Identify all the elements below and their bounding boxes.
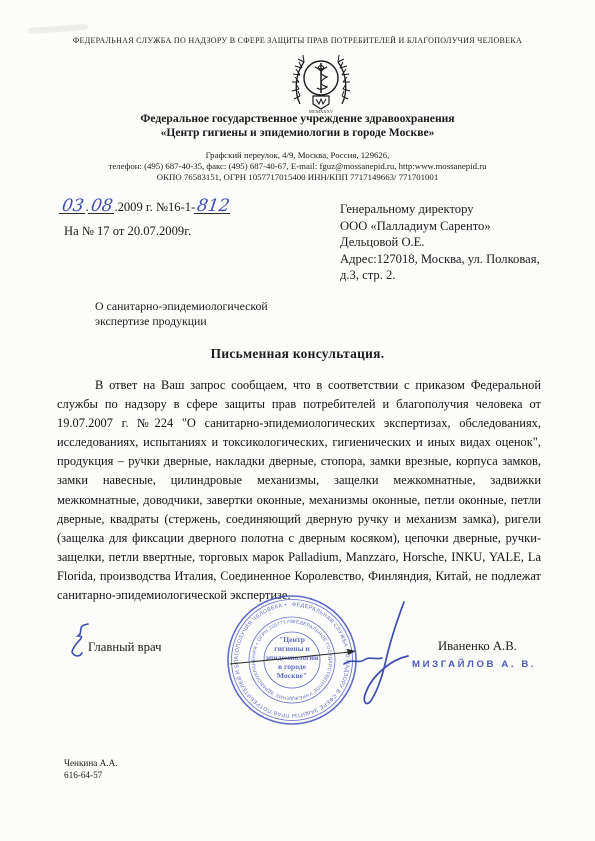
stamp-center-line: "Центр xyxy=(279,635,305,644)
subject-block: О санитарно-эпидемиологической экспертиз… xyxy=(95,299,268,329)
subject-line2: экспертизе продукции xyxy=(95,314,268,329)
letter-title: Письменная консультация. xyxy=(0,346,595,362)
executor-phone: 616-64-57 xyxy=(64,769,118,781)
incoming-ref-line: На № 17 от 20.07.2009г. xyxy=(64,224,191,239)
recipient-line: Дельцовой О.Е. xyxy=(340,234,540,251)
who-emblem-icon: MCMXXXV xyxy=(282,52,360,114)
recipient-line: Генеральному директору xyxy=(340,201,540,218)
ref-printed: .2009 г. №16-1- xyxy=(114,200,195,214)
subject-line1: О санитарно-эпидемиологической xyxy=(95,299,268,314)
signer-position: Главный врач xyxy=(88,640,161,655)
recipient-line: Адрес:127018, Москва, ул. Полковая, xyxy=(340,251,540,268)
signer-name: Иваненко А.В. xyxy=(438,639,517,654)
stamp-center-line: Москве" xyxy=(277,671,307,680)
handwritten-number: 812 xyxy=(194,199,233,214)
agency-header: ФЕДЕРАЛЬНАЯ СЛУЖБА ПО НАДЗОРУ В СФЕРЕ ЗА… xyxy=(0,36,595,45)
outgoing-ref-line: 03.08.2009 г. №16-1-812 xyxy=(60,199,232,215)
recipient-block: Генеральному директору ООО «Палладиум Са… xyxy=(340,201,540,284)
recipient-line: ООО «Палладиум Саренто» xyxy=(340,218,540,235)
letter-page: ФЕДЕРАЛЬНАЯ СЛУЖБА ПО НАДЗОРУ В СФЕРЕ ЗА… xyxy=(0,0,595,841)
recipient-line: д.3, стр. 2. xyxy=(340,267,540,284)
executor-name: Ченкина А.А. xyxy=(64,757,118,769)
contact-codes: ОКПО 76583151, ОГРН 1057717015400 ИНН/КП… xyxy=(0,172,595,182)
name-stamp: МИЗГАЙЛОВ А. В. xyxy=(412,659,536,670)
handwritten-day: 03 xyxy=(59,199,87,214)
letter-body: В ответ на Ваш запрос сообщаем, что в со… xyxy=(57,376,541,605)
handwritten-signature xyxy=(338,598,428,710)
contact-phones: телефон: (495) 687-40-35, факс: (495) 68… xyxy=(0,161,595,171)
org-name-line2: «Центр гигиены и эпидемиологии в городе … xyxy=(0,126,595,139)
org-name-line1: Федеральное государственное учреждение з… xyxy=(0,112,595,125)
executor-block: Ченкина А.А. 616-64-57 xyxy=(64,757,118,781)
handwritten-month: 08 xyxy=(88,199,116,214)
contact-address: Графский переулок, 4/9, Москва, Россия, … xyxy=(0,150,595,160)
scan-smudge xyxy=(28,24,88,34)
